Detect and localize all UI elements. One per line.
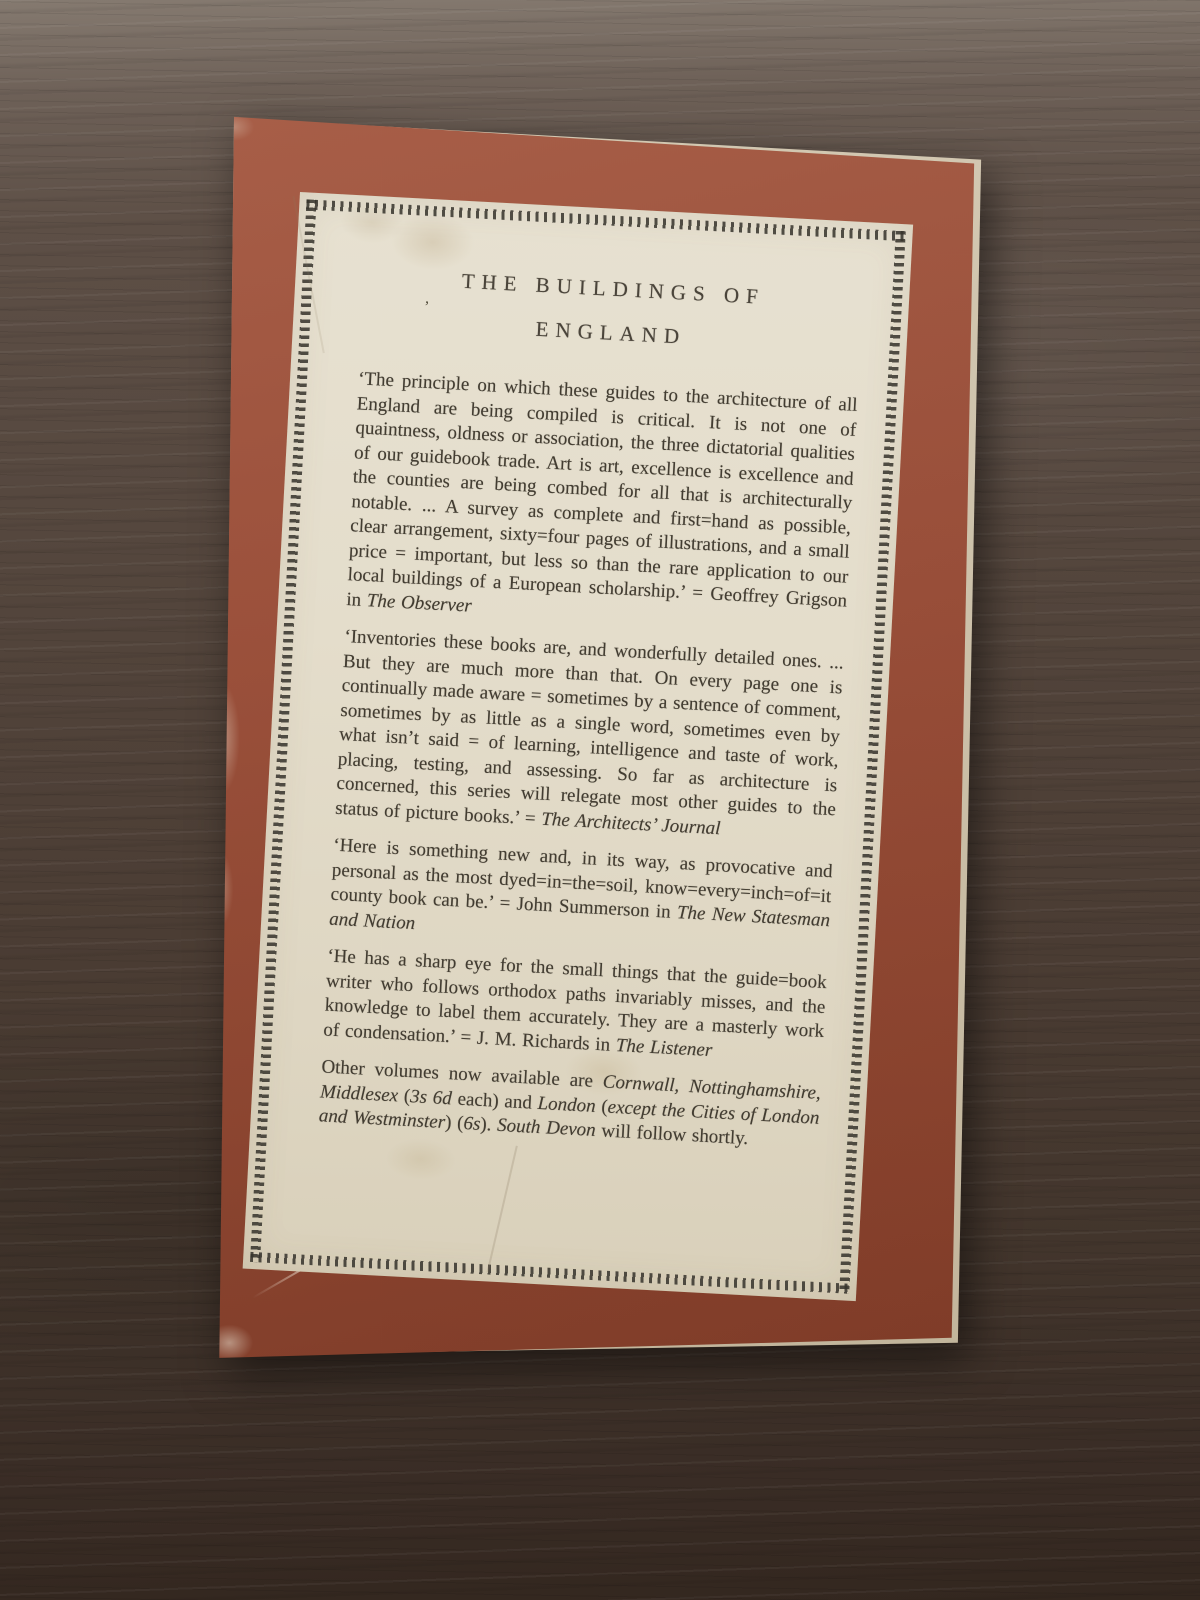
- quote-text: ) (: [445, 1112, 464, 1134]
- review-quotes: ‘The principle on which these guides to …: [318, 367, 858, 1155]
- quote-source-italic: London: [537, 1092, 596, 1116]
- quote-source-italic: South Devon: [497, 1115, 597, 1141]
- quote-paragraph: ‘The principle on which these guides to …: [346, 367, 858, 638]
- paper-crease-mark: [487, 1146, 518, 1273]
- quote-text: each) and: [451, 1088, 538, 1114]
- quote-text: will follow shortly.: [595, 1120, 749, 1149]
- quote-source-italic: The Observer: [366, 590, 472, 617]
- panel-content: THE BUILDINGS OF ENGLAND ‘The principle …: [317, 254, 864, 1169]
- quote-text: ‘He has a sharp eye for the small things…: [323, 946, 827, 1056]
- book: ’ THE BUILDINGS OF ENGLAND ‘The principl…: [210, 108, 985, 1368]
- quote-source-italic: The Listener: [615, 1035, 713, 1061]
- quote-paragraph: Other volumes now available are Cornwall…: [318, 1055, 821, 1155]
- cover-text-panel: ’ THE BUILDINGS OF ENGLAND ‘The principl…: [243, 192, 913, 1301]
- quote-text: ‘The principle on which these guides to …: [346, 368, 858, 611]
- series-title: THE BUILDINGS OF ENGLAND: [360, 254, 864, 368]
- quote-source-italic: 6s: [463, 1113, 481, 1135]
- quote-text: ‘Inventories these books are, and wonder…: [335, 626, 845, 829]
- quote-paragraph: ‘He has a sharp eye for the small things…: [323, 945, 828, 1069]
- wood-table-background: ’ THE BUILDINGS OF ENGLAND ‘The principl…: [0, 0, 1200, 1600]
- quote-paragraph: ‘Inventories these books are, and wonder…: [335, 625, 845, 847]
- quote-paragraph: ‘Here is something new and, in its way, …: [329, 834, 834, 958]
- quote-text: ).: [480, 1114, 498, 1136]
- quote-source-italic: 3s 6d: [410, 1086, 453, 1109]
